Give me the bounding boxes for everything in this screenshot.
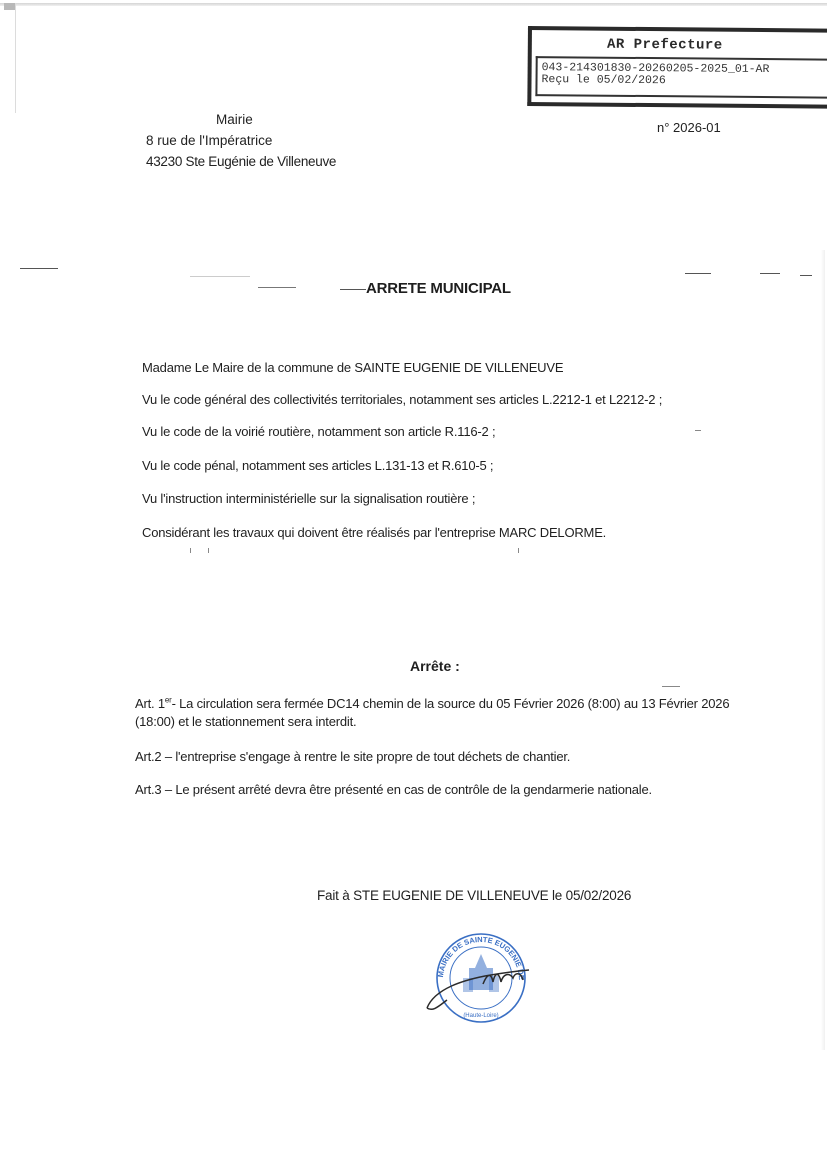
preamble-line: Madame Le Maire de la commune de SAINTE … <box>142 360 563 375</box>
scan-dash <box>258 287 296 288</box>
prefecture-receipt-stamp: AR Prefecture 043-214301830-20260205-202… <box>527 26 827 109</box>
scan-speck <box>518 548 519 553</box>
scan-dash <box>662 686 680 687</box>
preamble-line: Vu le code général des collectivités ter… <box>142 392 662 407</box>
stamp-received-date: Reçu le 05/02/2026 <box>541 74 827 89</box>
sender-address-street: 8 rue de l'Impératrice <box>146 133 272 148</box>
church-emblem-icon <box>463 954 499 992</box>
preamble-line: Vu l'instruction interministérielle sur … <box>142 491 475 506</box>
scan-edge-left <box>15 3 16 113</box>
scan-edge-right <box>821 250 825 1050</box>
preamble-line: Vu le code pénal, notamment ses articles… <box>142 458 493 473</box>
article-label: Art.3 <box>135 782 161 797</box>
preamble-line: Vu le code de la voirié routière, notamm… <box>142 424 495 439</box>
decision-heading: Arrête : <box>410 658 460 674</box>
scan-speck <box>190 548 191 553</box>
decree-number: n° 2026-01 <box>657 120 721 135</box>
article-label: Art.2 <box>135 749 161 764</box>
scanned-page: AR Prefecture 043-214301830-20260205-202… <box>0 0 827 1169</box>
scan-dash <box>685 273 711 274</box>
article-label: Art. 1 <box>135 696 165 711</box>
scan-dash <box>760 273 780 274</box>
scan-dash <box>20 268 58 269</box>
stamp-title: AR Prefecture <box>532 36 827 55</box>
preamble-line: Considérant les travaux qui doivent être… <box>142 525 606 540</box>
sender-address-city: 43230 Ste Eugénie de Villeneuve <box>146 154 336 169</box>
scan-speck <box>208 548 209 553</box>
stamp-details: 043-214301830-20260205-2025_01-AR Reçu l… <box>535 56 827 99</box>
municipal-seal: MAIRIE DE SAINTE EUGENIE DE VILLENEUVE (… <box>425 928 535 1028</box>
article-2: Art.2 – l'entreprise s'engage à rentre l… <box>135 748 570 766</box>
scan-dash <box>800 275 812 276</box>
scan-edge-top <box>0 3 827 6</box>
article-label-sup: er <box>165 696 172 705</box>
article-3: Art.3 – Le présent arrêté devra être pré… <box>135 781 652 799</box>
seal-text-bottom: (Haute-Loire) <box>463 1013 498 1019</box>
sender-office: Mairie <box>216 112 253 127</box>
signature-place-date: Fait à STE EUGENIE DE VILLENEUVE le 05/0… <box>317 888 631 903</box>
scan-dash <box>190 276 250 277</box>
document-title: ARRETE MUNICIPAL <box>366 280 511 297</box>
scan-dash <box>695 430 701 431</box>
article-1: Art. 1er- La circulation sera fermée DC1… <box>135 695 735 731</box>
article-text: - La circulation sera fermée DC14 chemin… <box>135 696 729 729</box>
title-rule <box>340 289 366 290</box>
article-text: – l'entreprise s'engage à rentre le site… <box>161 749 570 764</box>
article-text: – Le présent arrêté devra être présenté … <box>161 782 651 797</box>
